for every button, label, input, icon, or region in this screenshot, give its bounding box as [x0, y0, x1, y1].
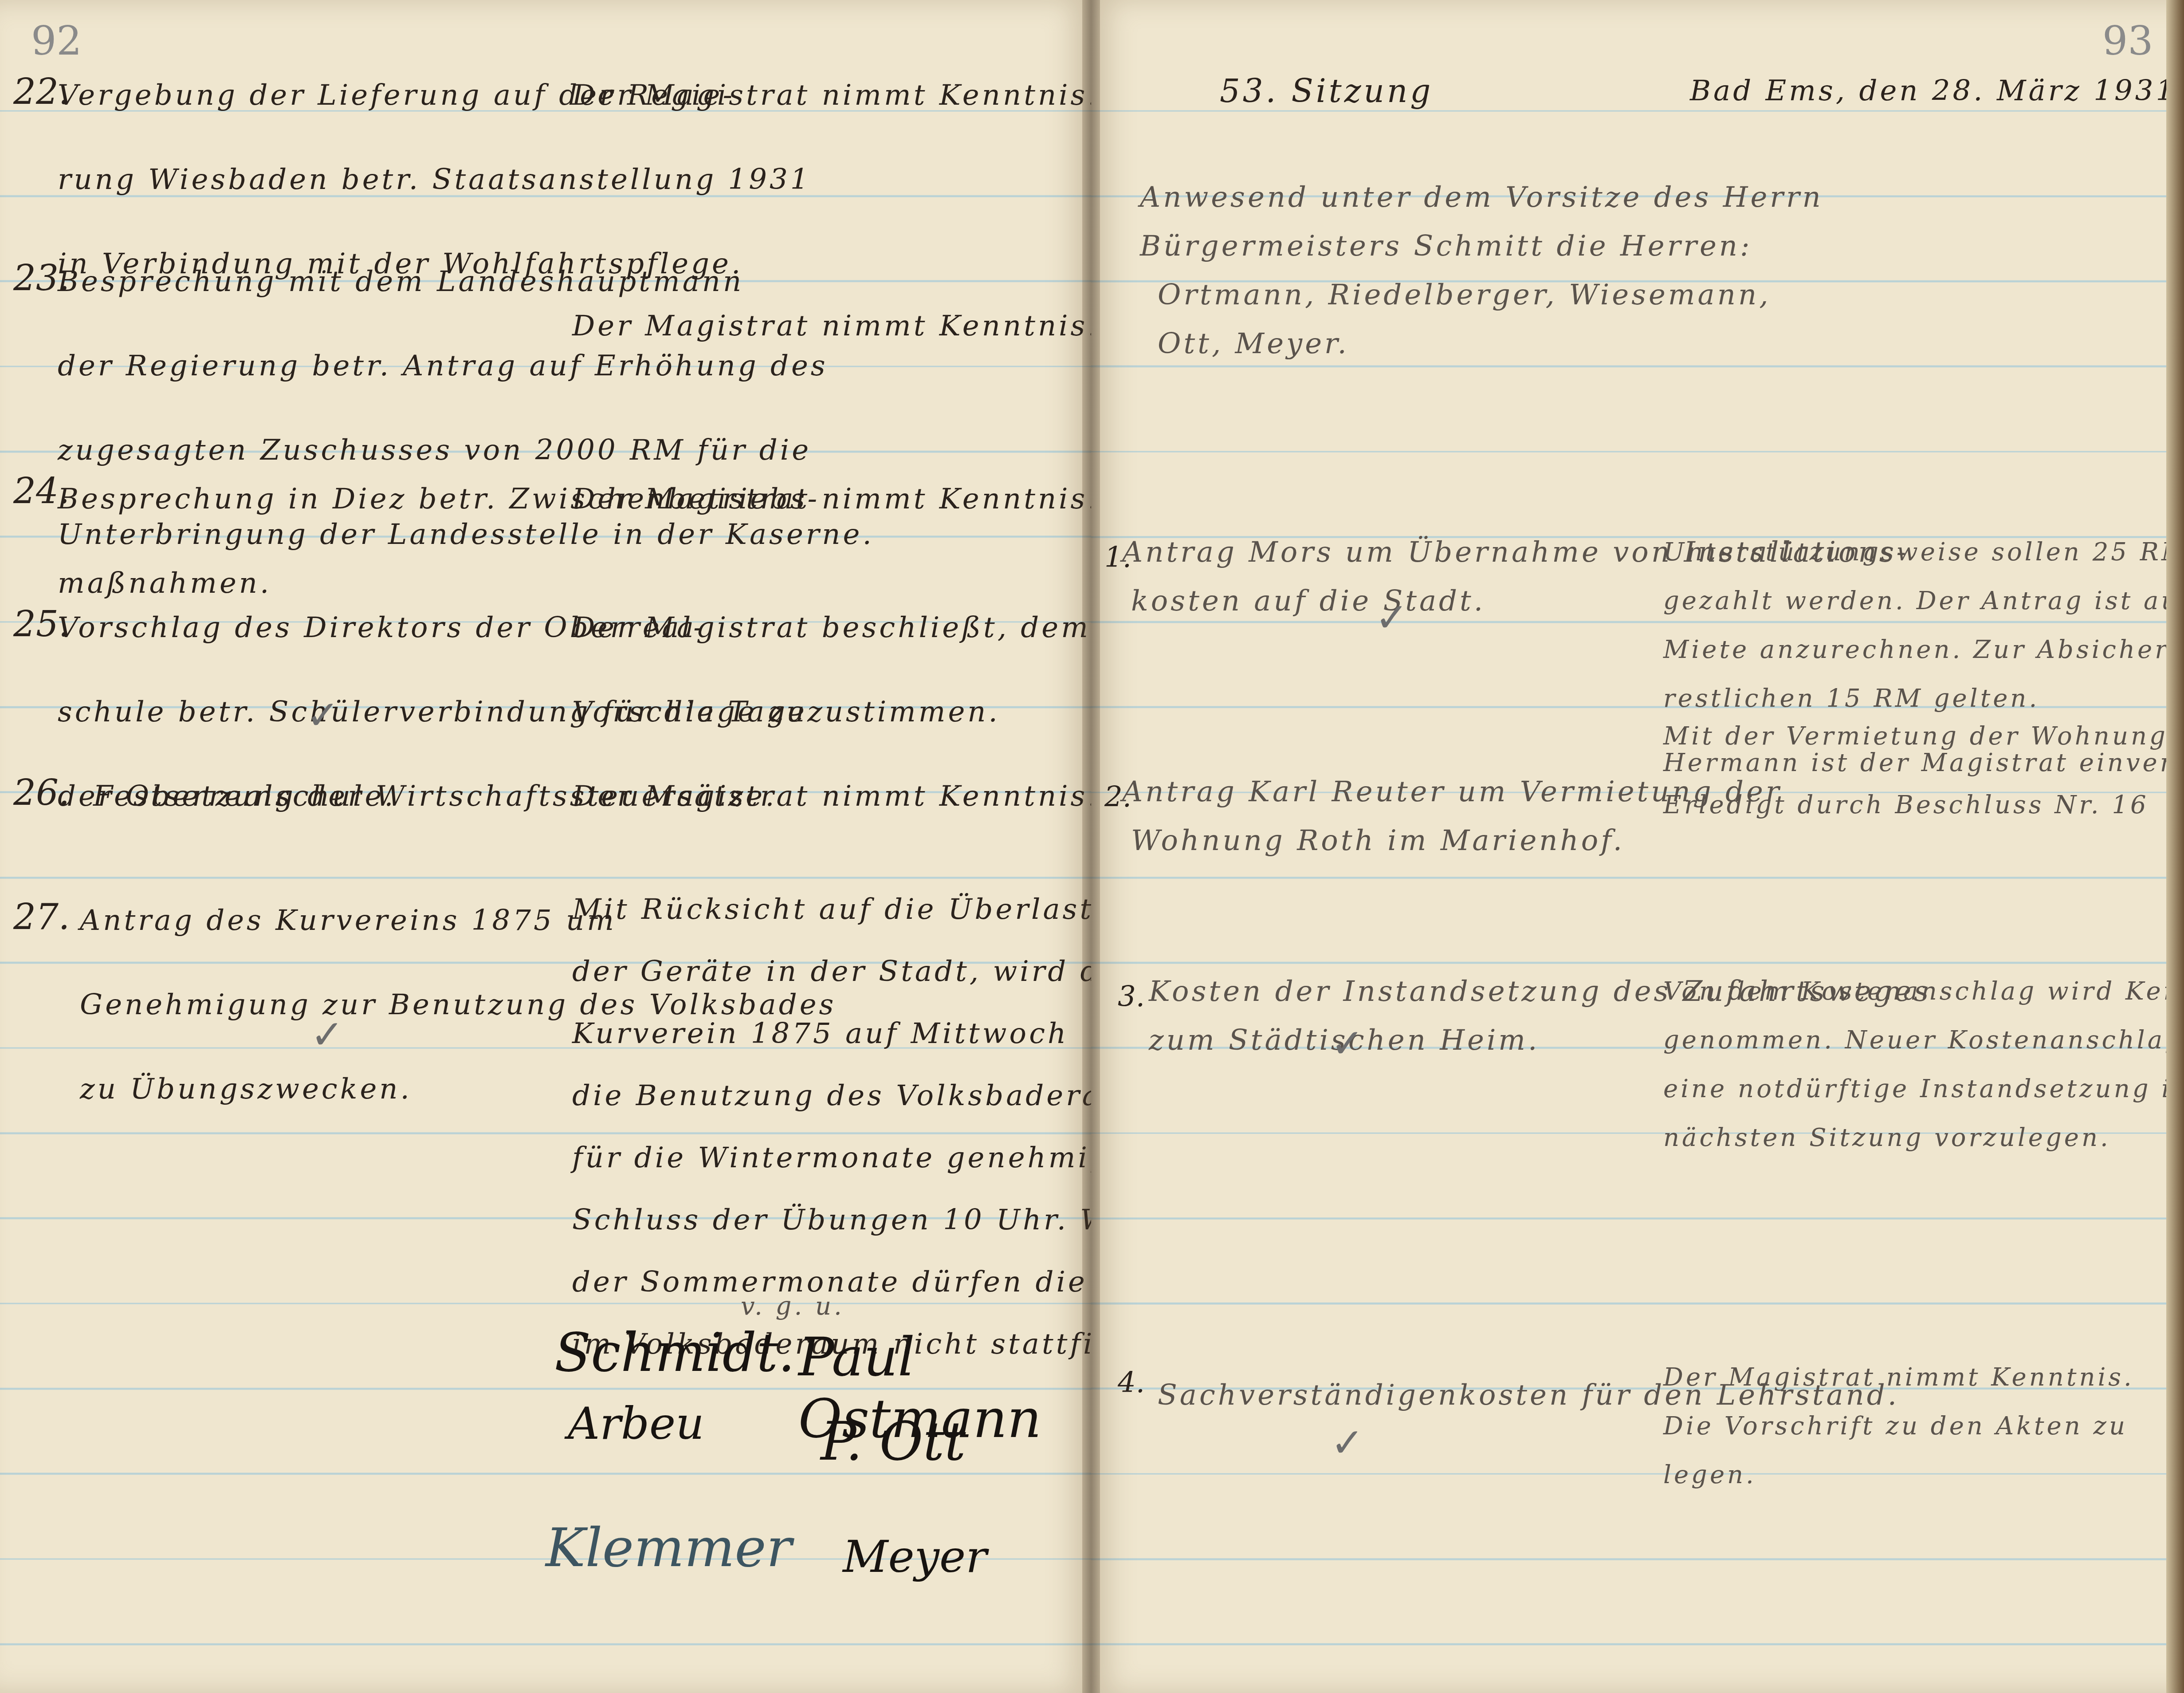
entry-number: 3.: [1118, 980, 1145, 1013]
signature: P. Ott: [821, 1411, 966, 1473]
page-edge: [2166, 0, 2184, 1693]
entry-decision: Unterstützungsweise sollen 25 RM gezahlt…: [1663, 528, 2184, 776]
entry-number: 4.: [1118, 1366, 1145, 1399]
checkmark-icon: ✓: [1331, 1020, 1364, 1067]
entry-decision: Der Magistrat nimmt Kenntnis.: [572, 53, 1100, 138]
checkmark-icon: ✓: [1375, 595, 1408, 641]
session-title: 53. Sitzung: [1220, 49, 1433, 133]
entry-decision: Der Magistrat beschließt, dem Vorschlage…: [572, 586, 1091, 754]
entry-decision: Der Magistrat nimmt Kenntnis.: [572, 754, 1100, 839]
signature: Schmidt.: [554, 1322, 795, 1384]
checkmark-icon: ✓: [310, 1012, 344, 1058]
entry-decision: Der Magistrat nimmt Kenntnis. Die Vorsch…: [1663, 1353, 2134, 1500]
checkmark-icon: ✓: [1331, 1420, 1364, 1466]
left-page: 92 22. Vergebung der Lieferung auf der R…: [0, 0, 1091, 1693]
entry-decision: Von dem Kostenanschlag wird Kenntnis gen…: [1663, 967, 2184, 1162]
session-place-date: Bad Ems, den 28. März 1931: [1690, 49, 2176, 133]
entry-decision: Erledigt durch Beschluss Nr. 16: [1663, 763, 2149, 847]
entry-decision: Der Magistrat nimmt Kenntnis.: [572, 284, 1100, 368]
attendance: Anwesend unter dem Vorsitze des Herrn Bü…: [1140, 173, 1823, 368]
open-ledger: 92 22. Vergebung der Lieferung auf der R…: [0, 0, 2184, 1693]
checkmark-icon: ✓: [306, 692, 339, 739]
right-page: 93 53. Sitzung Bad Ems, den 28. März 193…: [1091, 0, 2184, 1693]
book-gutter: [1082, 0, 1100, 1693]
entry-number: 27.: [13, 896, 70, 937]
signature: Meyer: [843, 1531, 987, 1583]
entry-decision: Der Magistrat nimmt Kenntnis.: [572, 457, 1100, 541]
signature: Arbeu: [568, 1398, 704, 1449]
entry-number: 26.: [13, 772, 70, 813]
signature: Klemmer: [546, 1517, 792, 1579]
